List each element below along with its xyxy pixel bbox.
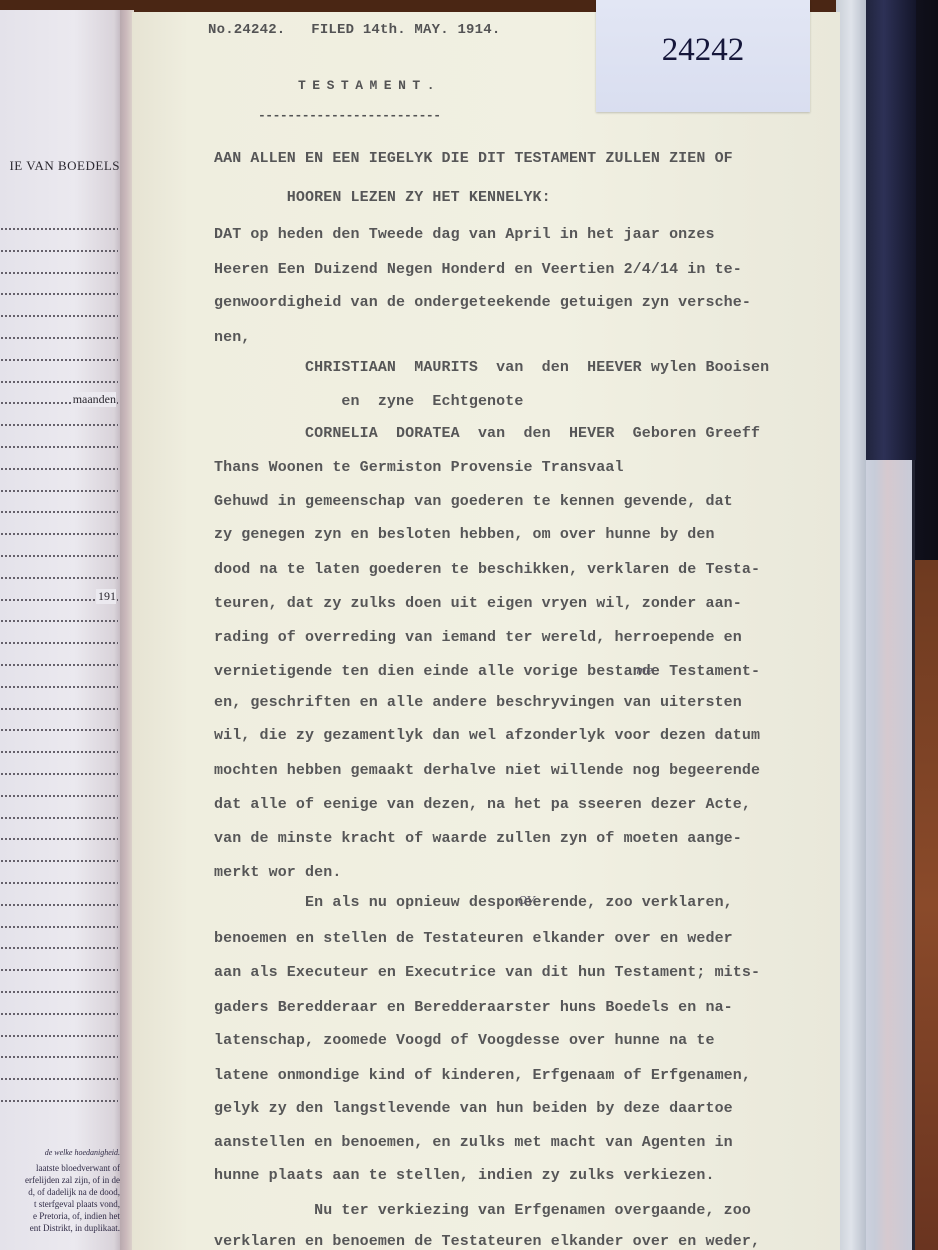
handwritten-annotation: OV	[518, 894, 535, 907]
document-line: dood na te laten goederen te beschikken,…	[214, 561, 760, 578]
document-line: Thans Woonen te Germiston Provensie Tran…	[214, 459, 624, 476]
dotted-line	[0, 926, 118, 928]
dotted-line	[0, 817, 118, 819]
handwritten-annotation: me	[636, 664, 653, 677]
fine-print-line: e Pretoria, of, indien het	[0, 1210, 120, 1222]
document-line: zy genegen zyn en besloten hebben, om ov…	[214, 526, 715, 543]
binder-cover	[862, 0, 916, 460]
left-page-heading: IE VAN BOEDELS	[0, 158, 120, 174]
dotted-line	[0, 359, 118, 361]
file-number-sticker: 24242	[596, 0, 810, 112]
document-line: genwoordigheid van de ondergeteekende ge…	[214, 294, 751, 311]
dotted-line	[0, 904, 118, 906]
dotted-line	[0, 272, 118, 274]
document-line: benoemen en stellen de Testateuren elkan…	[214, 930, 733, 947]
document-line: Gehuwd in gemeenschap van goederen te ke…	[214, 493, 733, 510]
document-line: hunne plaats aan te stellen, indien zy z…	[214, 1167, 715, 1184]
dotted-line	[0, 991, 118, 993]
document-line: AAN ALLEN EN EEN IEGELYK DIE DIT TESTAME…	[214, 150, 733, 167]
dotted-line	[0, 838, 118, 840]
dotted-line	[0, 1035, 118, 1037]
document-line: en, geschriften en alle andere beschryvi…	[214, 694, 742, 711]
dotted-line	[0, 773, 118, 775]
document-line: verklaren en benoemen de Testateuren elk…	[214, 1233, 760, 1250]
dotted-line	[0, 947, 118, 949]
document-line: dat alle of eenige van dezen, na het pa …	[214, 796, 751, 813]
left-page-fine-print: laatste bloedverwant oferfelijden zal zi…	[0, 1162, 120, 1234]
fine-print-line: d, of dadelijk na de dood,	[0, 1186, 120, 1198]
fine-print-line: t sterfgeval plaats vond,	[0, 1198, 120, 1210]
dotted-line	[0, 337, 118, 339]
dotted-line	[0, 751, 118, 753]
dotted-line	[0, 1056, 118, 1058]
document-line: aan als Executeur en Executrice van dit …	[214, 964, 760, 981]
dotted-line	[0, 228, 118, 230]
dotted-line	[0, 642, 118, 644]
dotted-line	[0, 381, 118, 383]
dotted-line	[0, 315, 118, 317]
document-line: DAT op heden den Tweede dag van April in…	[214, 226, 715, 243]
dotted-line	[0, 795, 118, 797]
filing-header: No.24242. FILED 14th. MAY. 1914.	[208, 22, 500, 38]
dotted-line	[0, 533, 118, 535]
dotted-line	[0, 424, 118, 426]
wooden-table-edge	[912, 560, 938, 1250]
document-line: latenschap, zoomede Voogd of Voogdesse o…	[214, 1032, 715, 1049]
fine-print-line: laatste bloedverwant of	[0, 1162, 120, 1174]
dotted-line	[0, 1100, 118, 1102]
document-line: mochten hebben gemaakt derhalve niet wil…	[214, 762, 760, 779]
dotted-line	[0, 1013, 118, 1015]
sticker-file-number: 24242	[596, 32, 810, 69]
fine-print-line: erfelijden zal zijn, of in de	[0, 1174, 120, 1186]
left-page-footnote: de welke hoedanigheid.	[0, 1148, 120, 1157]
dotted-line	[0, 860, 118, 862]
left-page-label: 191	[96, 589, 116, 604]
dotted-line	[0, 511, 118, 513]
title-underline: -------------------------	[258, 108, 441, 123]
dotted-line	[0, 250, 118, 252]
document-line: teuren, dat zy zulks doen uit eigen vrye…	[214, 595, 742, 612]
dotted-line	[0, 708, 118, 710]
document-line: En als nu opnieuw desponeerende, zoo ver…	[214, 894, 733, 911]
dotted-line	[0, 468, 118, 470]
dotted-line	[0, 1078, 118, 1080]
dotted-line	[0, 969, 118, 971]
dotted-line	[0, 490, 118, 492]
left-register-page: IE VAN BOEDELS maanden191 de welke hoeda…	[0, 10, 124, 1250]
dotted-line	[0, 620, 118, 622]
left-page-label: maanden	[71, 392, 116, 407]
document-line: latene onmondige kind of kinderen, Erfge…	[214, 1067, 751, 1084]
page-edge	[836, 0, 866, 1250]
dotted-line	[0, 446, 118, 448]
document-line: gaders Beredderaar en Beredderaarster hu…	[214, 999, 733, 1016]
document-line: gelyk zy den langstlevende van hun beide…	[214, 1100, 733, 1117]
document-line: en zyne Echtgenote	[214, 393, 523, 410]
dotted-line	[0, 293, 118, 295]
document-line: CORNELIA DORATEA van den HEVER Geboren G…	[214, 425, 760, 442]
dotted-line	[0, 577, 118, 579]
dotted-line	[0, 664, 118, 666]
dotted-line	[0, 555, 118, 557]
document-line: Nu ter verkiezing van Erfgenamen overgaa…	[214, 1202, 751, 1219]
fine-print-line: ent Distrikt, in duplikaat.	[0, 1222, 120, 1234]
document-line: nen,	[214, 329, 250, 346]
document-line: aanstellen en benoemen, en zulks met mac…	[214, 1134, 733, 1151]
dotted-line	[0, 686, 118, 688]
document-line: HOOREN LEZEN ZY HET KENNELYK:	[214, 189, 551, 206]
document-line: wil, die zy gezamentlyk dan wel afzonder…	[214, 727, 760, 744]
document-line: CHRISTIAAN MAURITS van den HEEVER wylen …	[214, 359, 769, 376]
dotted-line	[0, 882, 118, 884]
document-line: vernietigende ten dien einde alle vorige…	[214, 663, 760, 680]
document-line: Heeren Een Duizend Negen Honderd en Veer…	[214, 261, 742, 278]
document-line: rading of overreding van iemand ter were…	[214, 629, 742, 646]
document-line: merkt wor den.	[214, 864, 341, 881]
dotted-line	[0, 729, 118, 731]
document-line: van de minste kracht of waarde zullen zy…	[214, 830, 742, 847]
document-title: TESTAMENT.	[298, 78, 441, 93]
